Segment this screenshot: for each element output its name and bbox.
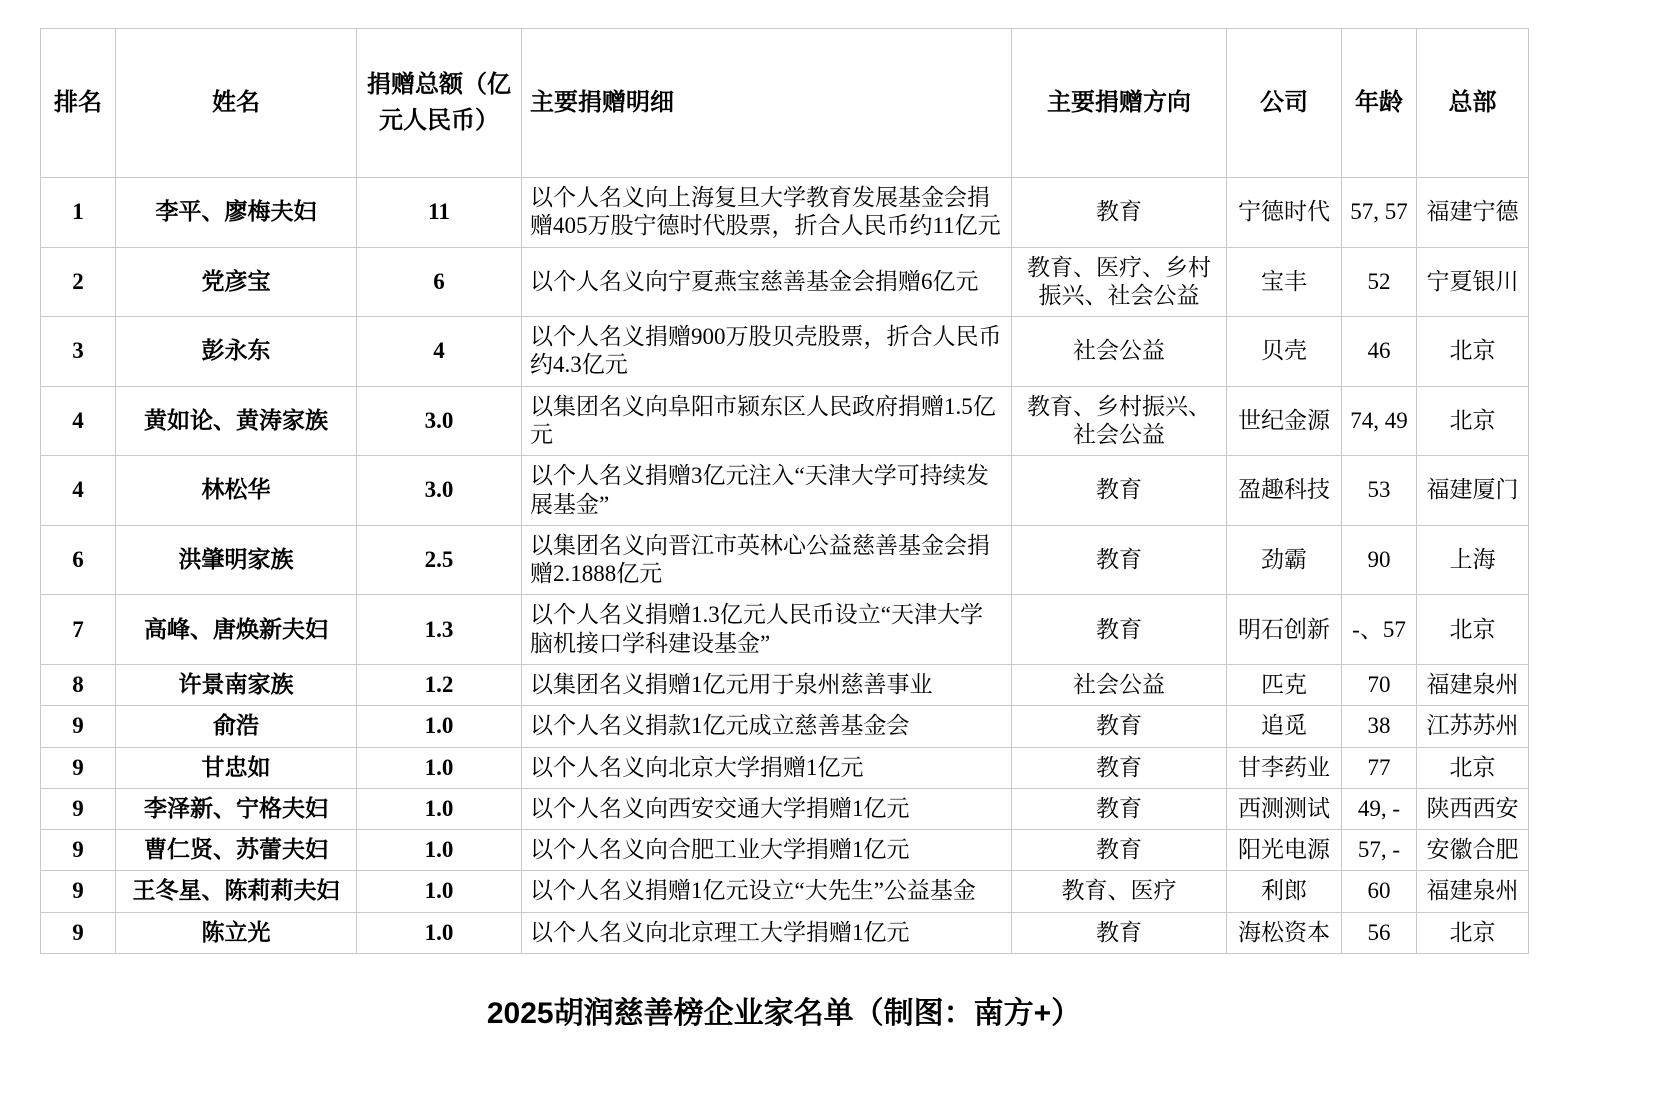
- cell-age: 38: [1342, 706, 1417, 747]
- cell-age: 53: [1342, 456, 1417, 526]
- cell-age: 49, -: [1342, 788, 1417, 829]
- table-row: 9王冬星、陈莉莉夫妇1.0以个人名义捐赠1亿元设立“大先生”公益基金教育、医疗利…: [41, 871, 1529, 912]
- cell-company: 明石创新: [1227, 595, 1342, 665]
- cell-rank: 2: [41, 247, 116, 317]
- table-row: 7高峰、唐焕新夫妇1.3以个人名义捐赠1.3亿元人民币设立“天津大学脑机接口学科…: [41, 595, 1529, 665]
- table-body: 1李平、廖梅夫妇11以个人名义向上海复旦大学教育发展基金会捐赠405万股宁德时代…: [41, 178, 1529, 954]
- cell-company: 贝壳: [1227, 317, 1342, 387]
- cell-detail: 以个人名义捐赠1.3亿元人民币设立“天津大学脑机接口学科建设基金”: [522, 595, 1012, 665]
- cell-rank: 9: [41, 830, 116, 871]
- cell-name: 王冬星、陈莉莉夫妇: [116, 871, 357, 912]
- cell-age: 52: [1342, 247, 1417, 317]
- cell-amount: 1.3: [357, 595, 522, 665]
- cell-detail: 以个人名义捐赠900万股贝壳股票，折合人民币约4.3亿元: [522, 317, 1012, 387]
- cell-rank: 6: [41, 525, 116, 595]
- table-row: 9陈立光1.0以个人名义向北京理工大学捐赠1亿元教育海松资本56北京: [41, 912, 1529, 953]
- page: 排名 姓名 捐赠总额（亿元人民币） 主要捐赠明细 主要捐赠方向 公司 年龄 总部…: [0, 0, 1676, 1094]
- table-row: 9曹仁贤、苏蕾夫妇1.0以个人名义向合肥工业大学捐赠1亿元教育阳光电源57, -…: [41, 830, 1529, 871]
- column-header-direction: 主要捐赠方向: [1012, 29, 1227, 178]
- cell-detail: 以个人名义捐赠3亿元注入“天津大学可持续发展基金”: [522, 456, 1012, 526]
- cell-direction: 教育: [1012, 747, 1227, 788]
- cell-hq: 福建泉州: [1417, 871, 1529, 912]
- cell-direction: 教育、医疗、乡村振兴、社会公益: [1012, 247, 1227, 317]
- header-row: 排名 姓名 捐赠总额（亿元人民币） 主要捐赠明细 主要捐赠方向 公司 年龄 总部: [41, 29, 1529, 178]
- cell-age: 56: [1342, 912, 1417, 953]
- cell-hq: 安徽合肥: [1417, 830, 1529, 871]
- cell-age: 57, -: [1342, 830, 1417, 871]
- cell-amount: 1.2: [357, 664, 522, 705]
- cell-hq: 陕西西安: [1417, 788, 1529, 829]
- column-header-age: 年龄: [1342, 29, 1417, 178]
- cell-amount: 1.0: [357, 706, 522, 747]
- cell-company: 宝丰: [1227, 247, 1342, 317]
- cell-detail: 以集团名义向阜阳市颍东区人民政府捐赠1.5亿元: [522, 386, 1012, 456]
- cell-rank: 3: [41, 317, 116, 387]
- cell-amount: 4: [357, 317, 522, 387]
- cell-detail: 以个人名义向北京理工大学捐赠1亿元: [522, 912, 1012, 953]
- cell-age: -、57: [1342, 595, 1417, 665]
- table-row: 9李泽新、宁格夫妇1.0以个人名义向西安交通大学捐赠1亿元教育西测测试49, -…: [41, 788, 1529, 829]
- cell-detail: 以个人名义捐款1亿元成立慈善基金会: [522, 706, 1012, 747]
- cell-name: 李平、廖梅夫妇: [116, 178, 357, 248]
- cell-direction: 社会公益: [1012, 317, 1227, 387]
- philanthropy-ranking-table: 排名 姓名 捐赠总额（亿元人民币） 主要捐赠明细 主要捐赠方向 公司 年龄 总部…: [40, 28, 1529, 954]
- cell-amount: 11: [357, 178, 522, 248]
- cell-name: 许景南家族: [116, 664, 357, 705]
- cell-amount: 1.0: [357, 788, 522, 829]
- cell-rank: 9: [41, 747, 116, 788]
- cell-hq: 上海: [1417, 525, 1529, 595]
- cell-direction: 教育: [1012, 788, 1227, 829]
- cell-age: 77: [1342, 747, 1417, 788]
- cell-detail: 以个人名义向西安交通大学捐赠1亿元: [522, 788, 1012, 829]
- cell-rank: 1: [41, 178, 116, 248]
- cell-hq: 北京: [1417, 912, 1529, 953]
- cell-name: 李泽新、宁格夫妇: [116, 788, 357, 829]
- table-row: 9甘忠如1.0以个人名义向北京大学捐赠1亿元教育甘李药业77北京: [41, 747, 1529, 788]
- cell-hq: 北京: [1417, 317, 1529, 387]
- cell-name: 陈立光: [116, 912, 357, 953]
- cell-company: 海松资本: [1227, 912, 1342, 953]
- cell-direction: 教育: [1012, 178, 1227, 248]
- table-caption: 2025胡润慈善榜企业家名单（制图：南方+）: [40, 988, 1528, 1032]
- cell-company: 宁德时代: [1227, 178, 1342, 248]
- cell-rank: 9: [41, 706, 116, 747]
- cell-company: 盈趣科技: [1227, 456, 1342, 526]
- table-row: 4黄如论、黄涛家族3.0以集团名义向阜阳市颍东区人民政府捐赠1.5亿元教育、乡村…: [41, 386, 1529, 456]
- cell-amount: 1.0: [357, 747, 522, 788]
- cell-name: 高峰、唐焕新夫妇: [116, 595, 357, 665]
- cell-detail: 以个人名义向上海复旦大学教育发展基金会捐赠405万股宁德时代股票，折合人民币约1…: [522, 178, 1012, 248]
- cell-company: 甘李药业: [1227, 747, 1342, 788]
- cell-direction: 教育: [1012, 525, 1227, 595]
- cell-hq: 福建宁德: [1417, 178, 1529, 248]
- cell-age: 90: [1342, 525, 1417, 595]
- cell-detail: 以个人名义向宁夏燕宝慈善基金会捐赠6亿元: [522, 247, 1012, 317]
- cell-hq: 福建泉州: [1417, 664, 1529, 705]
- cell-rank: 9: [41, 871, 116, 912]
- cell-detail: 以集团名义向晋江市英林心公益慈善基金会捐赠2.1888亿元: [522, 525, 1012, 595]
- cell-hq: 北京: [1417, 386, 1529, 456]
- table-row: 1李平、廖梅夫妇11以个人名义向上海复旦大学教育发展基金会捐赠405万股宁德时代…: [41, 178, 1529, 248]
- cell-amount: 1.0: [357, 871, 522, 912]
- cell-direction: 教育、乡村振兴、社会公益: [1012, 386, 1227, 456]
- cell-name: 党彦宝: [116, 247, 357, 317]
- cell-company: 利郎: [1227, 871, 1342, 912]
- cell-company: 阳光电源: [1227, 830, 1342, 871]
- cell-rank: 7: [41, 595, 116, 665]
- cell-company: 劲霸: [1227, 525, 1342, 595]
- cell-rank: 8: [41, 664, 116, 705]
- table-row: 8许景南家族1.2以集团名义捐赠1亿元用于泉州慈善事业社会公益匹克70福建泉州: [41, 664, 1529, 705]
- cell-name: 洪肇明家族: [116, 525, 357, 595]
- table-row: 9俞浩1.0以个人名义捐款1亿元成立慈善基金会教育追觅38江苏苏州: [41, 706, 1529, 747]
- cell-company: 匹克: [1227, 664, 1342, 705]
- cell-amount: 2.5: [357, 525, 522, 595]
- cell-name: 曹仁贤、苏蕾夫妇: [116, 830, 357, 871]
- cell-name: 林松华: [116, 456, 357, 526]
- table-header: 排名 姓名 捐赠总额（亿元人民币） 主要捐赠明细 主要捐赠方向 公司 年龄 总部: [41, 29, 1529, 178]
- cell-detail: 以个人名义捐赠1亿元设立“大先生”公益基金: [522, 871, 1012, 912]
- table-row: 4林松华3.0以个人名义捐赠3亿元注入“天津大学可持续发展基金”教育盈趣科技53…: [41, 456, 1529, 526]
- cell-amount: 1.0: [357, 912, 522, 953]
- column-header-rank: 排名: [41, 29, 116, 178]
- cell-direction: 教育: [1012, 456, 1227, 526]
- cell-direction: 教育、医疗: [1012, 871, 1227, 912]
- cell-amount: 3.0: [357, 386, 522, 456]
- cell-rank: 9: [41, 788, 116, 829]
- cell-rank: 4: [41, 386, 116, 456]
- cell-detail: 以个人名义向合肥工业大学捐赠1亿元: [522, 830, 1012, 871]
- cell-age: 70: [1342, 664, 1417, 705]
- cell-age: 60: [1342, 871, 1417, 912]
- cell-hq: 北京: [1417, 595, 1529, 665]
- cell-company: 西测测试: [1227, 788, 1342, 829]
- cell-age: 57, 57: [1342, 178, 1417, 248]
- cell-company: 追觅: [1227, 706, 1342, 747]
- cell-rank: 4: [41, 456, 116, 526]
- cell-company: 世纪金源: [1227, 386, 1342, 456]
- table-row: 2党彦宝6以个人名义向宁夏燕宝慈善基金会捐赠6亿元教育、医疗、乡村振兴、社会公益…: [41, 247, 1529, 317]
- cell-hq: 福建厦门: [1417, 456, 1529, 526]
- cell-age: 74, 49: [1342, 386, 1417, 456]
- cell-amount: 6: [357, 247, 522, 317]
- cell-direction: 教育: [1012, 595, 1227, 665]
- cell-amount: 1.0: [357, 830, 522, 871]
- cell-age: 46: [1342, 317, 1417, 387]
- cell-direction: 教育: [1012, 706, 1227, 747]
- cell-direction: 社会公益: [1012, 664, 1227, 705]
- cell-amount: 3.0: [357, 456, 522, 526]
- column-header-amount: 捐赠总额（亿元人民币）: [357, 29, 522, 178]
- cell-direction: 教育: [1012, 830, 1227, 871]
- cell-name: 俞浩: [116, 706, 357, 747]
- cell-hq: 北京: [1417, 747, 1529, 788]
- cell-hq: 江苏苏州: [1417, 706, 1529, 747]
- column-header-detail: 主要捐赠明细: [522, 29, 1012, 178]
- cell-direction: 教育: [1012, 912, 1227, 953]
- table-row: 3彭永东4以个人名义捐赠900万股贝壳股票，折合人民币约4.3亿元社会公益贝壳4…: [41, 317, 1529, 387]
- table-row: 6洪肇明家族2.5以集团名义向晋江市英林心公益慈善基金会捐赠2.1888亿元教育…: [41, 525, 1529, 595]
- column-header-company: 公司: [1227, 29, 1342, 178]
- cell-detail: 以集团名义捐赠1亿元用于泉州慈善事业: [522, 664, 1012, 705]
- cell-detail: 以个人名义向北京大学捐赠1亿元: [522, 747, 1012, 788]
- column-header-hq: 总部: [1417, 29, 1529, 178]
- column-header-name: 姓名: [116, 29, 357, 178]
- cell-rank: 9: [41, 912, 116, 953]
- cell-name: 黄如论、黄涛家族: [116, 386, 357, 456]
- cell-name: 彭永东: [116, 317, 357, 387]
- cell-hq: 宁夏银川: [1417, 247, 1529, 317]
- cell-name: 甘忠如: [116, 747, 357, 788]
